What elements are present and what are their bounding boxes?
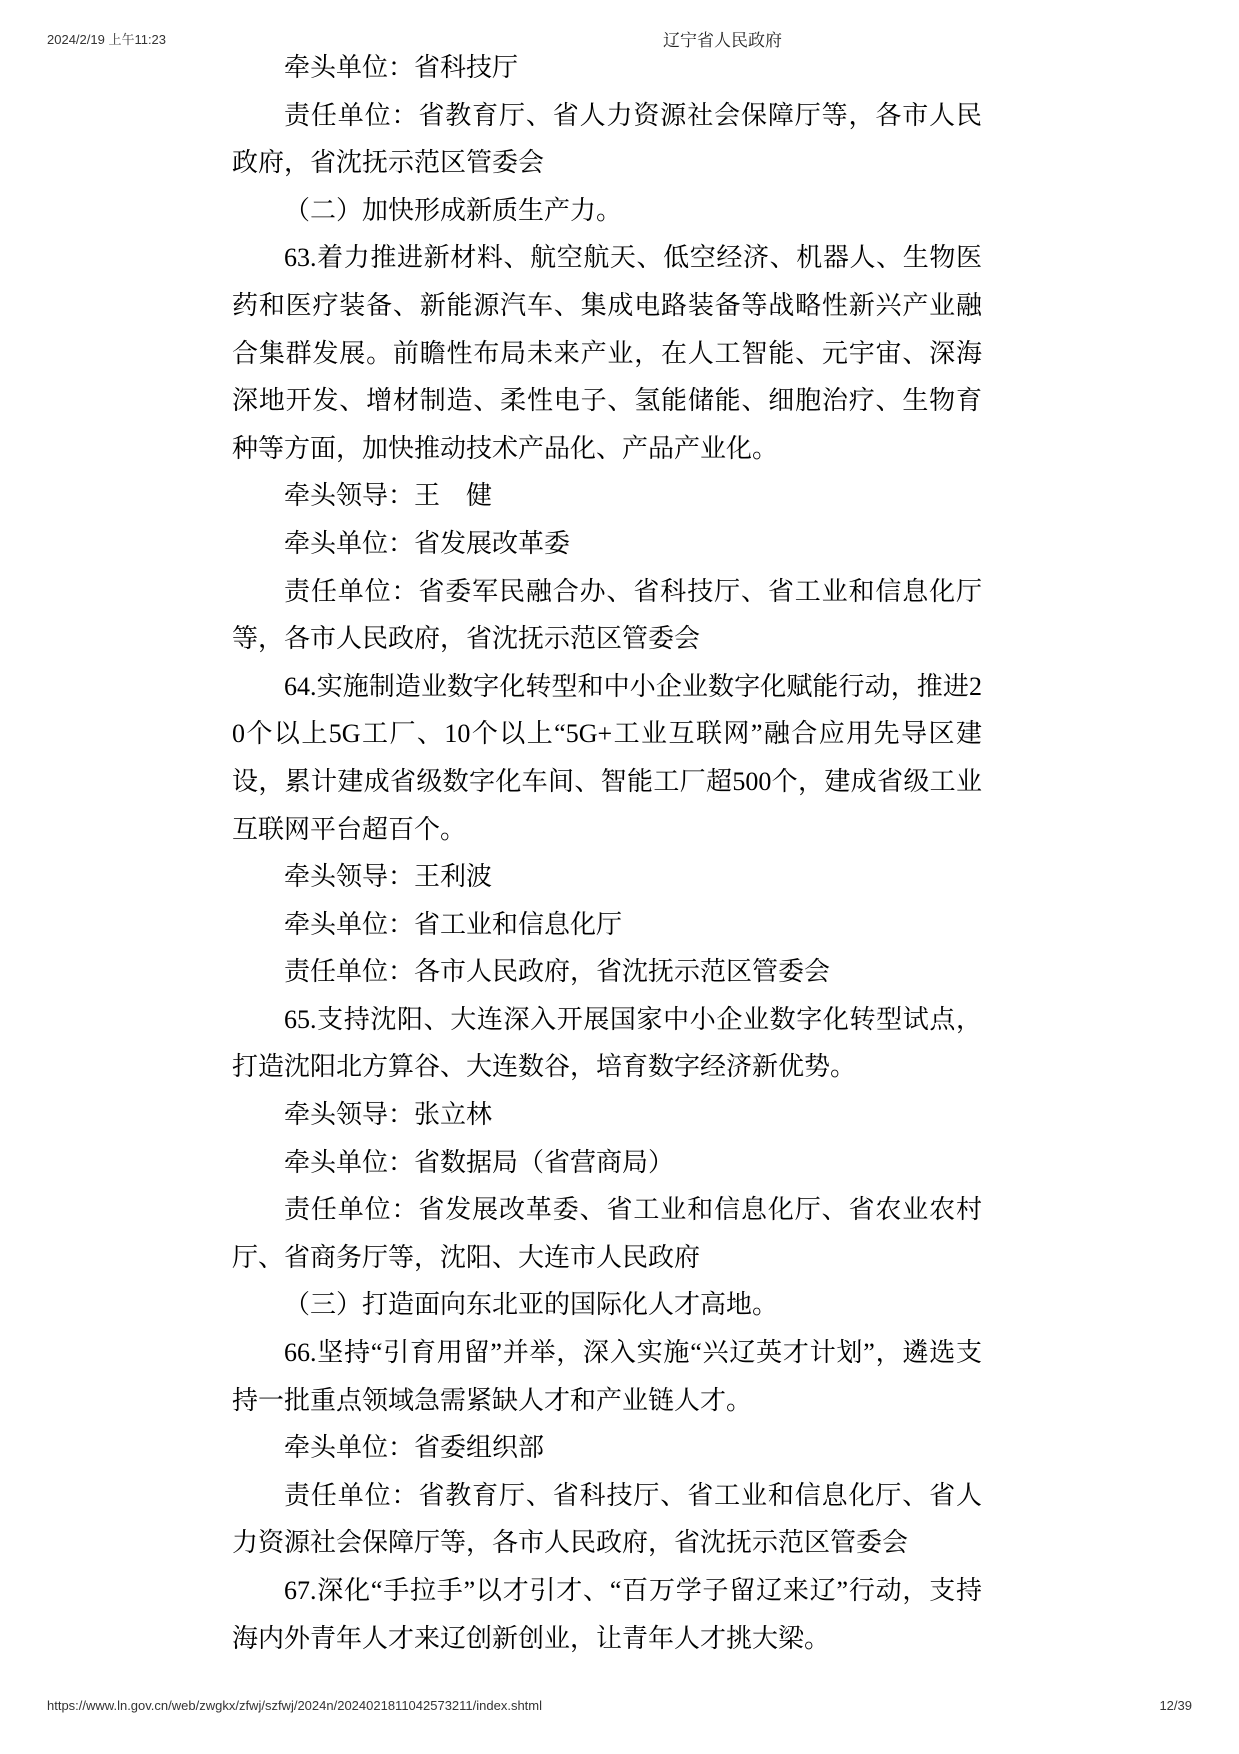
paragraph: 责任单位：省发展改革委、省工业和信息化厅、省农业农村厅、省商务厅等，沈阳、大连市… bbox=[232, 1186, 982, 1281]
printed-document-page: 2024/2/19 上午11:23 辽宁省人民政府 牵头单位：省科技厅责任单位：… bbox=[0, 0, 1239, 1754]
paragraph: 牵头领导：王 健 bbox=[232, 472, 982, 520]
paragraph: 67.深化“手拉手”以才引才、“百万学子留辽来辽”行动，支持海内外青年人才来辽创… bbox=[232, 1567, 982, 1662]
paragraph: 责任单位：省教育厅、省人力资源社会保障厅等，各市人民政府，省沈抚示范区管委会 bbox=[232, 92, 982, 187]
paragraph: 责任单位：省委军民融合办、省科技厅、省工业和信息化厅等，各市人民政府，省沈抚示范… bbox=[232, 568, 982, 663]
paragraph: 牵头领导：张立林 bbox=[232, 1091, 982, 1139]
paragraph: 65.支持沈阳、大连深入开展国家中小企业数字化转型试点，打造沈阳北方算谷、大连数… bbox=[232, 996, 982, 1091]
paragraph: 牵头单位：省工业和信息化厅 bbox=[232, 901, 982, 949]
paragraph: 牵头单位：省科技厅 bbox=[232, 44, 982, 92]
print-timestamp: 2024/2/19 上午11:23 bbox=[47, 29, 166, 48]
paragraph: 责任单位：省教育厅、省科技厅、省工业和信息化厅、省人力资源社会保障厅等，各市人民… bbox=[232, 1472, 982, 1567]
paragraph: 牵头单位：省数据局（省营商局） bbox=[232, 1139, 982, 1187]
paragraph: 牵头领导：王利波 bbox=[232, 853, 982, 901]
document-body: 牵头单位：省科技厅责任单位：省教育厅、省人力资源社会保障厅等，各市人民政府，省沈… bbox=[232, 44, 982, 1662]
print-footer: https://www.ln.gov.cn/web/zwgkx/zfwj/szf… bbox=[47, 1698, 1192, 1713]
paragraph: 牵头单位：省发展改革委 bbox=[232, 520, 982, 568]
paragraph: 64.实施制造业数字化转型和中小企业数字化赋能行动，推进20个以上5G工厂、10… bbox=[232, 663, 982, 853]
page-number: 12/39 bbox=[1159, 1698, 1192, 1713]
paragraph: （三）打造面向东北亚的国际化人才高地。 bbox=[232, 1281, 982, 1329]
paragraph: 责任单位：各市人民政府，省沈抚示范区管委会 bbox=[232, 948, 982, 996]
source-url: https://www.ln.gov.cn/web/zwgkx/zfwj/szf… bbox=[47, 1698, 542, 1713]
paragraph: 63.着力推进新材料、航空航天、低空经济、机器人、生物医药和医疗装备、新能源汽车… bbox=[232, 234, 982, 472]
paragraph: 66.坚持“引育用留”并举，深入实施“兴辽英才计划”，遴选支持一批重点领域急需紧… bbox=[232, 1329, 982, 1424]
paragraph: （二）加快形成新质生产力。 bbox=[232, 187, 982, 235]
paragraph: 牵头单位：省委组织部 bbox=[232, 1424, 982, 1472]
